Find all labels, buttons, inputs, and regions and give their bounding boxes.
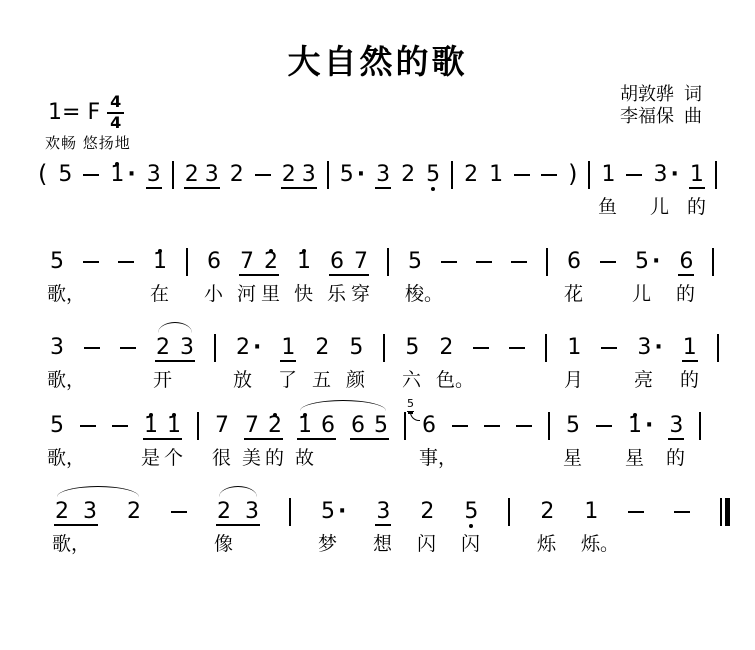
duration-dash	[674, 497, 690, 527]
octave-dot-high	[149, 413, 153, 417]
lyric-syllable: 梦	[318, 531, 337, 557]
beam-line	[143, 438, 182, 440]
note-digit: 2	[156, 333, 170, 363]
note-digit: 2	[315, 333, 329, 363]
note-token: 2	[268, 411, 282, 441]
note-digit: 3	[180, 333, 194, 363]
note-token: 5·	[635, 247, 660, 277]
lyric-syllable: 歌，	[47, 281, 85, 307]
lyricist-credit: 胡敦骅 词	[620, 84, 702, 106]
note-digit: 1	[690, 160, 704, 190]
note-digit: 6	[679, 247, 693, 277]
parenthesis: )	[568, 160, 577, 189]
note-token: 5	[50, 247, 64, 277]
note-token: 7	[215, 411, 229, 441]
lyric-syllable: 色。	[436, 367, 474, 393]
notes-row: 51177216656551·3	[50, 411, 701, 441]
note-token: 1	[144, 411, 158, 441]
beam-line	[350, 438, 389, 440]
note-token: 2	[439, 333, 453, 363]
note-digit: 3	[147, 160, 161, 190]
duration-dash	[80, 411, 96, 441]
barline	[197, 412, 199, 440]
lyric-syllable: 在	[150, 281, 169, 307]
lyric-syllable: 的	[676, 281, 695, 307]
note-digit: 2	[217, 497, 231, 527]
lyrics-row: 鱼儿的	[38, 194, 717, 220]
note-digit: 3	[376, 497, 390, 527]
barline	[451, 161, 453, 189]
note-digit: 5	[50, 411, 64, 441]
note-digit: 7	[354, 247, 368, 277]
note-digit: 3	[245, 497, 259, 527]
augmentation-dot: ·	[654, 333, 662, 363]
final-barline-thick	[725, 498, 730, 526]
lyric-syllable: 乐	[327, 281, 346, 307]
note-token: 5	[374, 411, 388, 441]
note-token: 1	[167, 411, 181, 441]
lyric-syllable: 美	[242, 445, 261, 471]
octave-dot-high	[115, 162, 119, 166]
lyric-syllable: 事，	[419, 445, 457, 471]
barline	[717, 334, 719, 362]
lyric-syllable: 想	[373, 531, 392, 557]
note-digit: 2	[230, 160, 244, 190]
note-token: 2	[217, 497, 231, 527]
note-token: 1	[567, 333, 581, 363]
note-token: 5	[426, 160, 440, 190]
score-line: 232235·32521歌，像梦想闪闪烁烁。	[55, 497, 730, 557]
lyric-syllable: 月	[564, 367, 583, 393]
note-token: 1	[584, 497, 598, 527]
note-digit: 3	[83, 497, 97, 527]
lyrics-row: 歌，是个很美的故事，星星的	[50, 445, 701, 471]
note-digit: 2	[268, 411, 282, 441]
note-token: 5	[349, 333, 363, 363]
lyric-syllable: 儿	[650, 194, 669, 220]
augmentation-dot: ·	[652, 247, 660, 277]
octave-dot-high	[303, 413, 307, 417]
note-digit: 3	[376, 160, 390, 190]
lyric-syllable: 歌，	[52, 531, 90, 557]
barline	[712, 248, 714, 276]
song-title: 大自然的歌	[0, 36, 755, 83]
duration-dash	[476, 247, 492, 277]
credits: 胡敦骅 词 李福保 曲	[620, 84, 702, 128]
octave-dot-high	[269, 249, 273, 253]
duration-dash	[112, 411, 128, 441]
note-digit: 5	[566, 411, 580, 441]
note-token: 1	[690, 160, 704, 190]
note-digit: 3	[205, 160, 219, 190]
note-digit: 1	[628, 411, 642, 441]
octave-dot-high	[302, 249, 306, 253]
barline	[546, 248, 548, 276]
lyric-syllable: 的	[687, 194, 706, 220]
note-digit: 6	[351, 411, 365, 441]
note-token: 65	[422, 411, 436, 441]
notes-row: 51672167565·6	[50, 247, 714, 277]
barline	[404, 412, 406, 440]
note-digit: 3	[637, 333, 651, 363]
duration-dash	[484, 411, 500, 441]
note-token: 1	[298, 411, 312, 441]
note-digit: 1	[297, 247, 311, 277]
note-digit: 5	[405, 333, 419, 363]
lyric-syllable: 闪	[417, 531, 436, 557]
grace-note-digit: 5	[407, 398, 414, 412]
note-digit: 2	[420, 497, 434, 527]
note-token: 5	[58, 160, 72, 190]
note-token: 3	[245, 497, 259, 527]
note-digit: 1	[567, 333, 581, 363]
note-digit: 1	[489, 160, 503, 190]
note-token: 3	[50, 333, 64, 363]
note-token: 2	[315, 333, 329, 363]
barline	[387, 248, 389, 276]
lyric-syllable: 像	[214, 531, 233, 557]
note-token: 3	[302, 160, 316, 190]
note-digit: 2	[55, 497, 69, 527]
note-digit: 2	[264, 247, 278, 277]
note-token: 6	[567, 247, 581, 277]
note-digit: 3	[50, 333, 64, 363]
note-token: 2	[464, 160, 478, 190]
barline	[214, 334, 216, 362]
augmentation-dot: ·	[670, 160, 678, 190]
note-digit: 5	[464, 497, 478, 527]
duration-dash	[601, 333, 617, 363]
score-line: 3232·1255213·1歌，开放了五颜六色。月亮的	[50, 333, 719, 393]
solfege-prefix: 1=	[48, 100, 80, 125]
time-signature: 4 4	[107, 94, 124, 132]
octave-dot-low	[469, 524, 473, 528]
octave-dot-high	[633, 413, 637, 417]
note-token: 5	[464, 497, 478, 527]
duration-dash	[83, 247, 99, 277]
note-token: 3	[83, 497, 97, 527]
beam-line	[184, 187, 220, 189]
note-digit: 1	[584, 497, 598, 527]
lyric-syllable: 小	[204, 281, 223, 307]
barline	[186, 248, 188, 276]
note-token: 1	[683, 333, 697, 363]
lyric-syllable: 烁。	[581, 531, 619, 557]
note-token: 3	[205, 160, 219, 190]
note-token: 2	[185, 160, 199, 190]
octave-dot-high	[273, 413, 277, 417]
slur-arc	[158, 322, 192, 333]
note-token: 3	[180, 333, 194, 363]
beam-line	[146, 187, 162, 189]
tonic-letter: F	[87, 100, 100, 125]
lyric-syllable: 烁	[537, 531, 556, 557]
note-token: 6	[351, 411, 365, 441]
augmentation-dot: ·	[253, 333, 261, 363]
note-token: 6	[330, 247, 344, 277]
duration-dash	[118, 247, 134, 277]
grace-note: 5	[407, 398, 423, 416]
note-digit: 3	[669, 411, 683, 441]
sheet-music-page: 大自然的歌 1= F 4 4 欢畅 悠扬地 胡敦骅 词 李福保 曲 (51·32…	[0, 0, 755, 650]
note-digit: 5	[635, 247, 649, 277]
beam-line	[239, 274, 279, 276]
lyric-syllable: 穿	[351, 281, 370, 307]
note-token: 5	[50, 411, 64, 441]
note-digit: 6	[330, 247, 344, 277]
tempo-marking: 欢畅 悠扬地	[45, 132, 131, 153]
note-token: 5·	[340, 160, 365, 190]
note-token: 1	[601, 160, 615, 190]
duration-dash	[120, 333, 136, 363]
parenthesis: (	[38, 160, 47, 189]
barline	[699, 412, 701, 440]
lyric-syllable: 六	[402, 367, 421, 393]
duration-dash	[171, 497, 187, 527]
note-token: 3	[376, 497, 390, 527]
note-token: 2	[420, 497, 434, 527]
note-token: 2·	[236, 333, 261, 363]
barline	[715, 161, 717, 189]
lyric-syllable: 儿	[632, 281, 651, 307]
note-digit: 5	[349, 333, 363, 363]
lyric-syllable: 了	[278, 367, 297, 393]
note-digit: 5	[50, 247, 64, 277]
lyric-syllable: 亮	[634, 367, 653, 393]
note-token: 5	[405, 333, 419, 363]
augmentation-dot: ·	[127, 160, 135, 190]
note-token: 2	[282, 160, 296, 190]
note-digit: 6	[207, 247, 221, 277]
slur-arc	[300, 400, 386, 411]
note-digit: 1	[153, 247, 167, 277]
duration-dash	[509, 333, 525, 363]
note-token: 3	[147, 160, 161, 190]
note-token: 6	[679, 247, 693, 277]
beam-line	[216, 524, 260, 526]
score-line: 51177216656551·3歌，是个很美的故事，星星的	[50, 411, 701, 471]
duration-dash	[83, 160, 99, 190]
note-digit: 5	[340, 160, 354, 190]
duration-dash	[626, 160, 642, 190]
lyric-syllable: 颜	[346, 367, 365, 393]
note-digit: 7	[215, 411, 229, 441]
octave-dot-high	[172, 413, 176, 417]
note-token: 2	[230, 160, 244, 190]
note-token: 6	[321, 411, 335, 441]
duration-dash	[514, 160, 530, 190]
beam-line	[281, 187, 317, 189]
beam-line	[244, 438, 283, 440]
notes-row: (51·3232235·32521)13·1	[38, 160, 717, 190]
note-token: 1·	[110, 160, 135, 190]
lyric-syllable: 快	[294, 281, 313, 307]
composer-credit: 李福保 曲	[620, 106, 702, 128]
note-digit: 2	[282, 160, 296, 190]
note-token: 3·	[637, 333, 662, 363]
lyricist-role: 词	[684, 84, 702, 106]
duration-dash	[628, 497, 644, 527]
lyric-syllable: 开	[153, 367, 172, 393]
lyric-syllable: 的	[666, 445, 685, 471]
score-line: (51·3232235·32521)13·1鱼儿的	[38, 160, 717, 220]
slur-arc	[57, 486, 139, 497]
lyric-syllable: 故	[295, 445, 314, 471]
note-digit: 1	[298, 411, 312, 441]
lyrics-row: 歌，像梦想闪闪烁烁。	[55, 531, 730, 557]
lyric-syllable: 是	[141, 445, 160, 471]
note-digit: 1	[683, 333, 697, 363]
lyric-syllable: 梭。	[405, 281, 443, 307]
note-token: 7	[354, 247, 368, 277]
lyrics-row: 歌，开放了五颜六色。月亮的	[50, 367, 719, 393]
note-digit: 6	[567, 247, 581, 277]
lyric-syllable: 五	[312, 367, 331, 393]
lyric-syllable: 的	[680, 367, 699, 393]
duration-dash	[541, 160, 557, 190]
note-token: 1	[153, 247, 167, 277]
duration-dash	[511, 247, 527, 277]
note-digit: 1	[167, 411, 181, 441]
beam-line	[678, 274, 694, 276]
beam-line	[280, 360, 296, 362]
note-token: 1	[297, 247, 311, 277]
note-digit: 1	[144, 411, 158, 441]
barline	[545, 334, 547, 362]
key-signature: 1= F 4 4	[48, 94, 124, 132]
note-digit: 2	[185, 160, 199, 190]
note-token: 2	[264, 247, 278, 277]
note-digit: 2	[401, 160, 415, 190]
lyric-syllable: 里	[261, 281, 280, 307]
barline	[548, 412, 550, 440]
augmentation-dot: ·	[357, 160, 365, 190]
note-token: 5·	[321, 497, 346, 527]
note-digit: 1	[281, 333, 295, 363]
note-digit: 1	[110, 160, 124, 190]
lyric-syllable: 星	[563, 445, 582, 471]
beam-line	[297, 438, 336, 440]
note-digit: 5	[408, 247, 422, 277]
note-digit: 5	[58, 160, 72, 190]
note-token: 1·	[628, 411, 653, 441]
duration-dash	[255, 160, 271, 190]
note-digit: 5	[374, 411, 388, 441]
lyric-syllable: 河	[237, 281, 256, 307]
duration-dash	[452, 411, 468, 441]
note-digit: 2	[127, 497, 141, 527]
note-token: 2	[127, 497, 141, 527]
lyric-syllable: 歌，	[47, 367, 85, 393]
score-line: 51672167565·6歌，在小河里快乐穿梭。花儿的	[50, 247, 714, 307]
barline	[172, 161, 174, 189]
note-token: 1	[489, 160, 503, 190]
note-digit: 2	[439, 333, 453, 363]
duration-dash	[84, 333, 100, 363]
note-digit: 3	[302, 160, 316, 190]
slur-arc	[219, 486, 257, 497]
barline	[588, 161, 590, 189]
note-digit: 5	[426, 160, 440, 190]
note-digit: 7	[245, 411, 259, 441]
note-token: 7	[240, 247, 254, 277]
note-digit: 2	[236, 333, 250, 363]
beam-line	[329, 274, 369, 276]
beam-line	[375, 187, 391, 189]
lyric-syllable: 很	[212, 445, 231, 471]
lyric-syllable: 星	[625, 445, 644, 471]
lyric-syllable: 放	[233, 367, 252, 393]
note-digit: 3	[653, 160, 667, 190]
composer-role: 曲	[684, 106, 702, 128]
barline	[289, 498, 291, 526]
note-token: 2	[401, 160, 415, 190]
final-barline	[720, 498, 730, 526]
note-digit: 5	[321, 497, 335, 527]
composer-name: 李福保	[620, 106, 674, 128]
meter-denominator: 4	[110, 114, 121, 132]
note-token: 1	[281, 333, 295, 363]
barline	[508, 498, 510, 526]
note-token: 7	[245, 411, 259, 441]
note-token: 3·	[653, 160, 678, 190]
beam-line	[155, 360, 195, 362]
note-token: 3	[669, 411, 683, 441]
lyric-syllable: 个	[164, 445, 183, 471]
grace-slur-arc	[410, 412, 420, 421]
duration-dash	[441, 247, 457, 277]
note-digit: 2	[464, 160, 478, 190]
beam-line	[682, 360, 698, 362]
lyric-syllable: 的	[265, 445, 284, 471]
meter-numerator: 4	[107, 94, 124, 114]
octave-dot-low	[431, 187, 435, 191]
beam-line	[54, 524, 98, 526]
note-token: 3	[376, 160, 390, 190]
lyrics-row: 歌，在小河里快乐穿梭。花儿的	[50, 281, 714, 307]
note-token: 6	[207, 247, 221, 277]
octave-dot-high	[158, 249, 162, 253]
note-token: 2	[156, 333, 170, 363]
lyric-syllable: 鱼	[598, 194, 617, 220]
augmentation-dot: ·	[645, 411, 653, 441]
duration-dash	[473, 333, 489, 363]
duration-dash	[600, 247, 616, 277]
lyric-syllable: 闪	[461, 531, 480, 557]
barline	[383, 334, 385, 362]
final-barline-thin	[720, 498, 722, 526]
beam-line	[689, 187, 705, 189]
note-digit: 6	[321, 411, 335, 441]
notes-row: 3232·1255213·1	[50, 333, 719, 363]
lyric-syllable: 花	[564, 281, 583, 307]
duration-dash	[596, 411, 612, 441]
augmentation-dot: ·	[338, 497, 346, 527]
note-token: 2	[540, 497, 554, 527]
lyricist-name: 胡敦骅	[620, 84, 674, 106]
notes-row: 232235·32521	[55, 497, 730, 527]
note-digit: 1	[601, 160, 615, 190]
barline	[327, 161, 329, 189]
beam-line	[375, 524, 391, 526]
note-digit: 2	[540, 497, 554, 527]
lyric-syllable: 歌，	[47, 445, 85, 471]
beam-line	[668, 438, 684, 440]
duration-dash	[516, 411, 532, 441]
note-digit: 6	[422, 411, 436, 441]
note-digit: 7	[240, 247, 254, 277]
note-token: 2	[55, 497, 69, 527]
